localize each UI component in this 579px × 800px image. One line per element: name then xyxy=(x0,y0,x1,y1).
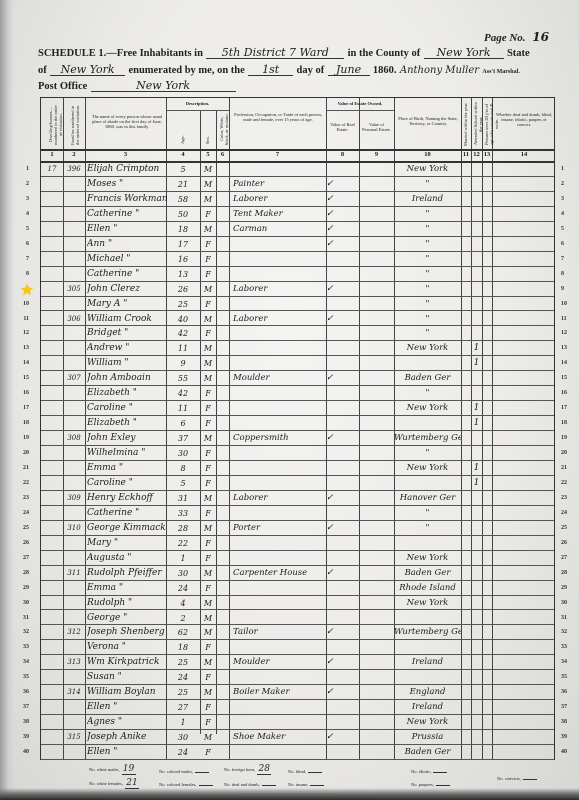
attended-school-mark: 1 xyxy=(471,461,482,476)
attended-school-mark xyxy=(471,326,482,341)
person-name: Elijah Crimpton xyxy=(87,162,167,177)
person-name: Joseph Shenberg xyxy=(87,625,167,640)
person-name: Augusta " xyxy=(87,551,167,566)
deaf-dumb-label: No. deaf and dumb, xyxy=(224,782,260,787)
dwelling-number xyxy=(41,297,63,312)
line-number-left: 7 xyxy=(11,252,29,267)
real-estate-mark xyxy=(326,596,359,611)
white-females-value: 21 xyxy=(125,778,139,789)
person-color xyxy=(216,461,229,476)
person-name: John Exley xyxy=(87,431,167,446)
dwelling-number xyxy=(41,581,63,596)
attended-school-mark xyxy=(471,611,482,626)
line-number-left: 29 xyxy=(11,581,29,596)
dwelling-number xyxy=(41,551,63,566)
line-number-right: 19 xyxy=(561,431,579,446)
person-sex: F xyxy=(200,700,216,715)
person-name: Verona " xyxy=(87,640,167,655)
of-label: of xyxy=(38,65,47,76)
line-number-left: 35 xyxy=(11,670,29,685)
birthplace: Baden Ger xyxy=(394,745,461,760)
person-name: Wilhelmina " xyxy=(87,446,167,461)
real-estate-mark xyxy=(326,297,359,312)
birthplace: Ireland xyxy=(394,192,461,207)
person-color xyxy=(216,252,229,267)
person-color xyxy=(216,640,229,655)
person-occupation xyxy=(231,640,326,655)
dwelling-number xyxy=(41,431,63,446)
colored-females-label: No. colored females, xyxy=(159,782,197,787)
person-color xyxy=(216,700,229,715)
family-number xyxy=(63,386,85,401)
family-number xyxy=(63,461,85,476)
birthplace xyxy=(394,536,461,551)
census-row: 18 Elizabeth " 6 F 1 18 xyxy=(41,416,554,431)
person-color xyxy=(216,536,229,551)
real-estate-mark: ✓ xyxy=(326,192,359,207)
person-name: Mary " xyxy=(87,536,167,551)
attended-school-mark: 1 xyxy=(471,416,482,431)
page-number-label: Page No. xyxy=(484,32,526,44)
person-sex: M xyxy=(200,162,216,177)
real-estate-mark xyxy=(326,715,359,730)
dwelling-number xyxy=(41,207,63,222)
attended-school-mark xyxy=(471,536,482,551)
dwelling-number xyxy=(41,192,63,207)
person-sex: F xyxy=(200,207,216,222)
person-occupation xyxy=(231,596,326,611)
birthplace: " xyxy=(394,207,461,222)
col-header-school: Attended School within the year. xyxy=(473,102,480,146)
attended-school-mark xyxy=(471,297,482,312)
attended-school-mark: 1 xyxy=(471,356,482,371)
attended-school-mark xyxy=(471,237,482,252)
real-estate-mark xyxy=(326,162,359,177)
line-number-right: 16 xyxy=(561,386,579,401)
census-row: 24 Catherine " 33 F " 24 xyxy=(41,506,554,521)
census-row: 25 310 George Kimmack 28 M Porter ✓ " 25 xyxy=(41,521,554,536)
line-number-left: 20 xyxy=(11,446,29,461)
person-occupation xyxy=(231,356,326,371)
attended-school-mark xyxy=(471,581,482,596)
col-num-12: 12 xyxy=(471,149,482,161)
dwelling-number xyxy=(41,491,63,506)
census-row: 26 Mary " 22 F 26 xyxy=(41,536,554,551)
person-sex: M xyxy=(200,625,216,640)
person-color xyxy=(216,371,229,386)
dwelling-number: 17 xyxy=(41,162,63,177)
attended-school-mark: 1 xyxy=(471,401,482,416)
person-age: 40 xyxy=(166,312,200,327)
census-row: 28 311 Rudolph Pfeiffer 30 M Carpenter H… xyxy=(41,566,554,581)
census-row: 34 313 Wm Kirkpatrick 25 M Moulder ✓ Ire… xyxy=(41,655,554,670)
person-name: Emma " xyxy=(87,581,167,596)
person-color xyxy=(216,551,229,566)
real-estate-mark xyxy=(326,611,359,626)
birthplace: " xyxy=(394,267,461,282)
line-number-right: 17 xyxy=(561,401,579,416)
person-color xyxy=(216,611,229,626)
attended-school-mark xyxy=(471,745,482,760)
person-name: George Kimmack xyxy=(87,521,167,536)
census-row: 2 Moses " 21 M Painter ✓ " 2 xyxy=(41,177,554,192)
census-row: 37 Ellen " 27 F Ireland 37 xyxy=(41,700,554,715)
census-row: 17 Caroline " 11 F New York 1 17 xyxy=(41,401,554,416)
real-estate-mark xyxy=(326,581,359,596)
birthplace: Rhode Island xyxy=(394,581,461,596)
col-num-9: 9 xyxy=(359,149,394,161)
person-age: 25 xyxy=(166,655,200,670)
real-estate-mark: ✓ xyxy=(326,282,359,297)
family-number xyxy=(63,207,85,222)
line-number-left: 13 xyxy=(11,341,29,356)
line-number-right: 18 xyxy=(561,416,579,431)
census-row: 15 307 John Amboain 55 M Moulder ✓ Baden… xyxy=(41,371,554,386)
birthplace: Wurtemberg Ger xyxy=(394,625,461,640)
dwelling-number xyxy=(41,237,63,252)
person-age: 30 xyxy=(166,566,200,581)
dwelling-number xyxy=(41,341,63,356)
line-number-right: 20 xyxy=(561,446,579,461)
person-sex: M xyxy=(200,371,216,386)
birthplace: " xyxy=(394,506,461,521)
person-color xyxy=(216,326,229,341)
person-age: 9 xyxy=(166,356,200,371)
census-row: 29 Emma " 24 F Rhode Island 29 xyxy=(41,581,554,596)
person-age: 25 xyxy=(166,685,200,700)
dwelling-number xyxy=(41,446,63,461)
page-edge-bottom xyxy=(0,788,579,800)
person-age: 11 xyxy=(166,401,200,416)
person-color xyxy=(216,341,229,356)
family-number xyxy=(63,596,85,611)
line-number-left: 27 xyxy=(11,551,29,566)
person-color xyxy=(216,267,229,282)
attended-school-mark xyxy=(471,551,482,566)
person-sex: M xyxy=(200,177,216,192)
census-row: 22 Caroline " 5 F 1 22 xyxy=(41,476,554,491)
attended-school-mark xyxy=(471,192,482,207)
dwelling-number xyxy=(41,596,63,611)
line-number-right: 23 xyxy=(561,491,579,506)
person-age: 30 xyxy=(166,730,200,745)
dwelling-number xyxy=(41,640,63,655)
person-age: 37 xyxy=(166,431,200,446)
dwelling-number xyxy=(41,252,63,267)
person-occupation xyxy=(231,581,326,596)
person-age: 8 xyxy=(166,461,200,476)
person-name: Andrew " xyxy=(87,341,167,356)
person-color xyxy=(216,207,229,222)
person-name: Rudolph Pfeiffer xyxy=(87,566,167,581)
birthplace: New York xyxy=(394,461,461,476)
real-estate-mark: ✓ xyxy=(326,685,359,700)
line-number-left: 1 xyxy=(11,162,29,177)
person-name: Mary A " xyxy=(87,297,167,312)
col-num-8: 8 xyxy=(326,149,359,161)
person-sex: F xyxy=(200,461,216,476)
person-sex: F xyxy=(200,581,216,596)
line-number-right: 10 xyxy=(561,297,579,312)
real-estate-mark: ✓ xyxy=(326,431,359,446)
real-estate-mark: ✓ xyxy=(326,625,359,640)
day-value: 1st xyxy=(248,64,293,76)
line-number-right: 6 xyxy=(561,237,579,252)
line-number-right: 36 xyxy=(561,685,579,700)
family-number: 314 xyxy=(63,685,85,700)
real-estate-mark: ✓ xyxy=(326,207,359,222)
person-color xyxy=(216,566,229,581)
line-number-left: 36 xyxy=(11,685,29,700)
family-number xyxy=(63,416,85,431)
line-number-left: 4 xyxy=(11,207,29,222)
person-age: 24 xyxy=(166,670,200,685)
person-occupation: Coppersmith xyxy=(231,431,326,446)
person-sex: M xyxy=(200,685,216,700)
family-number: 312 xyxy=(63,625,85,640)
line-number-left: 8 xyxy=(11,267,29,282)
person-occupation: Boiler Maker xyxy=(231,685,326,700)
person-name: Moses " xyxy=(87,177,167,192)
enumerated-label: enumerated by me, on the xyxy=(128,65,244,76)
census-row: 8 Catherine " 13 F " 8 xyxy=(41,267,554,282)
attended-school-mark xyxy=(471,267,482,282)
dwelling-number xyxy=(41,386,63,401)
line-number-right: 37 xyxy=(561,700,579,715)
birthplace: New York xyxy=(394,551,461,566)
line-number-right: 3 xyxy=(561,192,579,207)
person-color xyxy=(216,192,229,207)
birthplace xyxy=(394,416,461,431)
birthplace: Ireland xyxy=(394,655,461,670)
birthplace: " xyxy=(394,326,461,341)
person-color xyxy=(216,685,229,700)
person-sex: F xyxy=(200,551,216,566)
line-number-left: 21 xyxy=(11,461,29,476)
person-sex: F xyxy=(200,536,216,551)
person-name: Elizabeth " xyxy=(87,386,167,401)
line-number-left: 11 xyxy=(11,312,29,327)
line-number-left: 30 xyxy=(11,596,29,611)
census-row: 38 Agnes " 1 F New York 38 xyxy=(41,715,554,730)
attended-school-mark: 1 xyxy=(471,341,482,356)
real-estate-mark: ✓ xyxy=(326,237,359,252)
real-estate-mark xyxy=(326,536,359,551)
family-number: 308 xyxy=(63,431,85,446)
person-age: 31 xyxy=(166,491,200,506)
family-number xyxy=(63,341,85,356)
dwelling-number xyxy=(41,521,63,536)
line-number-right: 11 xyxy=(561,312,579,327)
real-estate-mark xyxy=(326,326,359,341)
census-rows: 1 17 396 Elijah Crimpton 5 M New York 1 … xyxy=(41,162,554,760)
person-sex: F xyxy=(200,237,216,252)
person-occupation xyxy=(231,386,326,401)
dwelling-number xyxy=(41,566,63,581)
person-occupation xyxy=(231,476,326,491)
birthplace xyxy=(394,640,461,655)
person-age: 18 xyxy=(166,640,200,655)
line-number-left: 16 xyxy=(11,386,29,401)
person-color xyxy=(216,476,229,491)
dwelling-number xyxy=(41,177,63,192)
col-header-condition: Whether deaf and dumb, blind, insane, id… xyxy=(496,112,552,127)
line-number-right: 22 xyxy=(561,476,579,491)
attended-school-mark xyxy=(471,282,482,297)
dwelling-number xyxy=(41,536,63,551)
real-estate-mark xyxy=(326,745,359,760)
census-row: 35 Susan " 24 F 35 xyxy=(41,670,554,685)
person-age: 25 xyxy=(166,297,200,312)
line-number-left: 32 xyxy=(11,625,29,640)
dwelling-number xyxy=(41,670,63,685)
person-sex: F xyxy=(200,267,216,282)
person-color xyxy=(216,297,229,312)
person-occupation xyxy=(231,341,326,356)
person-color xyxy=(216,730,229,745)
person-occupation: Tailor xyxy=(231,625,326,640)
line-number-left: 39 xyxy=(11,730,29,745)
person-name: William Boylan xyxy=(87,685,167,700)
person-name: Catherine " xyxy=(87,506,167,521)
real-estate-mark xyxy=(326,640,359,655)
col-num-13: 13 xyxy=(482,149,492,161)
line-number-left: 24 xyxy=(11,506,29,521)
census-row: 3 Francis Workman 58 M Laborer ✓ Ireland… xyxy=(41,192,554,207)
line-number-left: 3 xyxy=(11,192,29,207)
attended-school-mark xyxy=(471,715,482,730)
line-number-left: 2 xyxy=(11,177,29,192)
census-row: 21 Emma " 8 F New York 1 21 xyxy=(41,461,554,476)
person-age: 62 xyxy=(166,625,200,640)
person-color xyxy=(216,282,229,297)
person-color xyxy=(216,446,229,461)
dwelling-number xyxy=(41,506,63,521)
colored-males-label: No. colored males, xyxy=(159,769,193,774)
page-number-value: 16 xyxy=(532,30,549,44)
line-number-left: 28 xyxy=(11,566,29,581)
person-name: Elizabeth " xyxy=(87,416,167,431)
census-row: 9 305 John Clerez 26 M Laborer ✓ " 9 xyxy=(41,282,554,297)
line-number-right: 29 xyxy=(561,581,579,596)
attended-school-mark xyxy=(471,491,482,506)
line-number-left: 23 xyxy=(11,491,29,506)
dwelling-number xyxy=(41,625,63,640)
col-num-11: 11 xyxy=(461,149,471,161)
real-estate-mark: ✓ xyxy=(326,491,359,506)
real-estate-mark: ✓ xyxy=(326,521,359,536)
line-number-right: 25 xyxy=(561,521,579,536)
person-occupation xyxy=(231,416,326,431)
census-row: 40 Ellen " 24 F Baden Ger 40 xyxy=(41,745,554,760)
person-occupation xyxy=(231,446,326,461)
person-color xyxy=(216,670,229,685)
person-age: 6 xyxy=(166,416,200,431)
birthplace: Wurtemberg Ger xyxy=(394,431,461,446)
dwelling-number xyxy=(41,611,63,626)
real-estate-mark xyxy=(326,267,359,282)
dwelling-number xyxy=(41,371,63,386)
family-number: 309 xyxy=(63,491,85,506)
attended-school-mark xyxy=(471,700,482,715)
attended-school-mark xyxy=(471,596,482,611)
person-sex: M xyxy=(200,222,216,237)
person-color xyxy=(216,431,229,446)
birthplace: New York xyxy=(394,596,461,611)
line-number-right: 1 xyxy=(561,162,579,177)
person-sex: M xyxy=(200,655,216,670)
real-estate-mark xyxy=(326,670,359,685)
person-sex: M xyxy=(200,521,216,536)
line-number-right: 30 xyxy=(561,596,579,611)
col-num-7: 7 xyxy=(229,149,326,161)
person-sex: M xyxy=(200,596,216,611)
family-number: 311 xyxy=(63,566,85,581)
person-occupation: Carpenter House xyxy=(231,566,326,581)
person-color xyxy=(216,745,229,760)
family-number xyxy=(63,745,85,760)
census-row: 30 Rudolph " 4 M New York 30 xyxy=(41,596,554,611)
person-name: John Amboain xyxy=(87,371,167,386)
family-number xyxy=(63,670,85,685)
person-age: 5 xyxy=(166,476,200,491)
line-number-left: 5 xyxy=(11,222,29,237)
person-color xyxy=(216,237,229,252)
line-number-right: 8 xyxy=(561,267,579,282)
attended-school-mark xyxy=(471,625,482,640)
real-estate-mark: ✓ xyxy=(326,177,359,192)
state-value: New York xyxy=(50,64,125,76)
person-occupation xyxy=(231,670,326,685)
census-row: 12 Bridget " 42 F " 12 xyxy=(41,326,554,341)
dwelling-number xyxy=(41,700,63,715)
line-number-right: 26 xyxy=(561,536,579,551)
convicts-label: No. convicts, xyxy=(497,776,521,781)
birthplace: " xyxy=(394,237,461,252)
dwelling-number xyxy=(41,401,63,416)
person-sex: M xyxy=(200,431,216,446)
line-number-left: 6 xyxy=(11,237,29,252)
attended-school-mark xyxy=(471,252,482,267)
line-number-right: 14 xyxy=(561,356,579,371)
family-number: 396 xyxy=(63,162,85,177)
birthplace: New York xyxy=(394,715,461,730)
birthplace: " xyxy=(394,252,461,267)
person-occupation xyxy=(231,401,326,416)
person-sex: F xyxy=(200,715,216,730)
attended-school-mark xyxy=(471,177,482,192)
person-sex: F xyxy=(200,446,216,461)
person-name: Joseph Anike xyxy=(87,730,167,745)
col-header-birthplace: Place of Birth, Naming the State, Territ… xyxy=(397,116,459,126)
person-sex: F xyxy=(200,326,216,341)
real-estate-mark xyxy=(326,446,359,461)
col-num-4: 4 xyxy=(166,149,200,161)
person-occupation xyxy=(231,461,326,476)
post-office-value: New York xyxy=(91,80,236,92)
col-num-1: 1 xyxy=(41,149,63,161)
line-number-right: 38 xyxy=(561,715,579,730)
person-name: William " xyxy=(87,356,167,371)
person-occupation xyxy=(231,267,326,282)
birthplace: Baden Ger xyxy=(394,371,461,386)
person-age: 27 xyxy=(166,700,200,715)
census-row: 32 312 Joseph Shenberg 62 M Tailor ✓ Wur… xyxy=(41,625,554,640)
person-occupation: Laborer xyxy=(231,491,326,506)
real-estate-mark: ✓ xyxy=(326,566,359,581)
person-color xyxy=(216,596,229,611)
line-number-right: 33 xyxy=(561,640,579,655)
